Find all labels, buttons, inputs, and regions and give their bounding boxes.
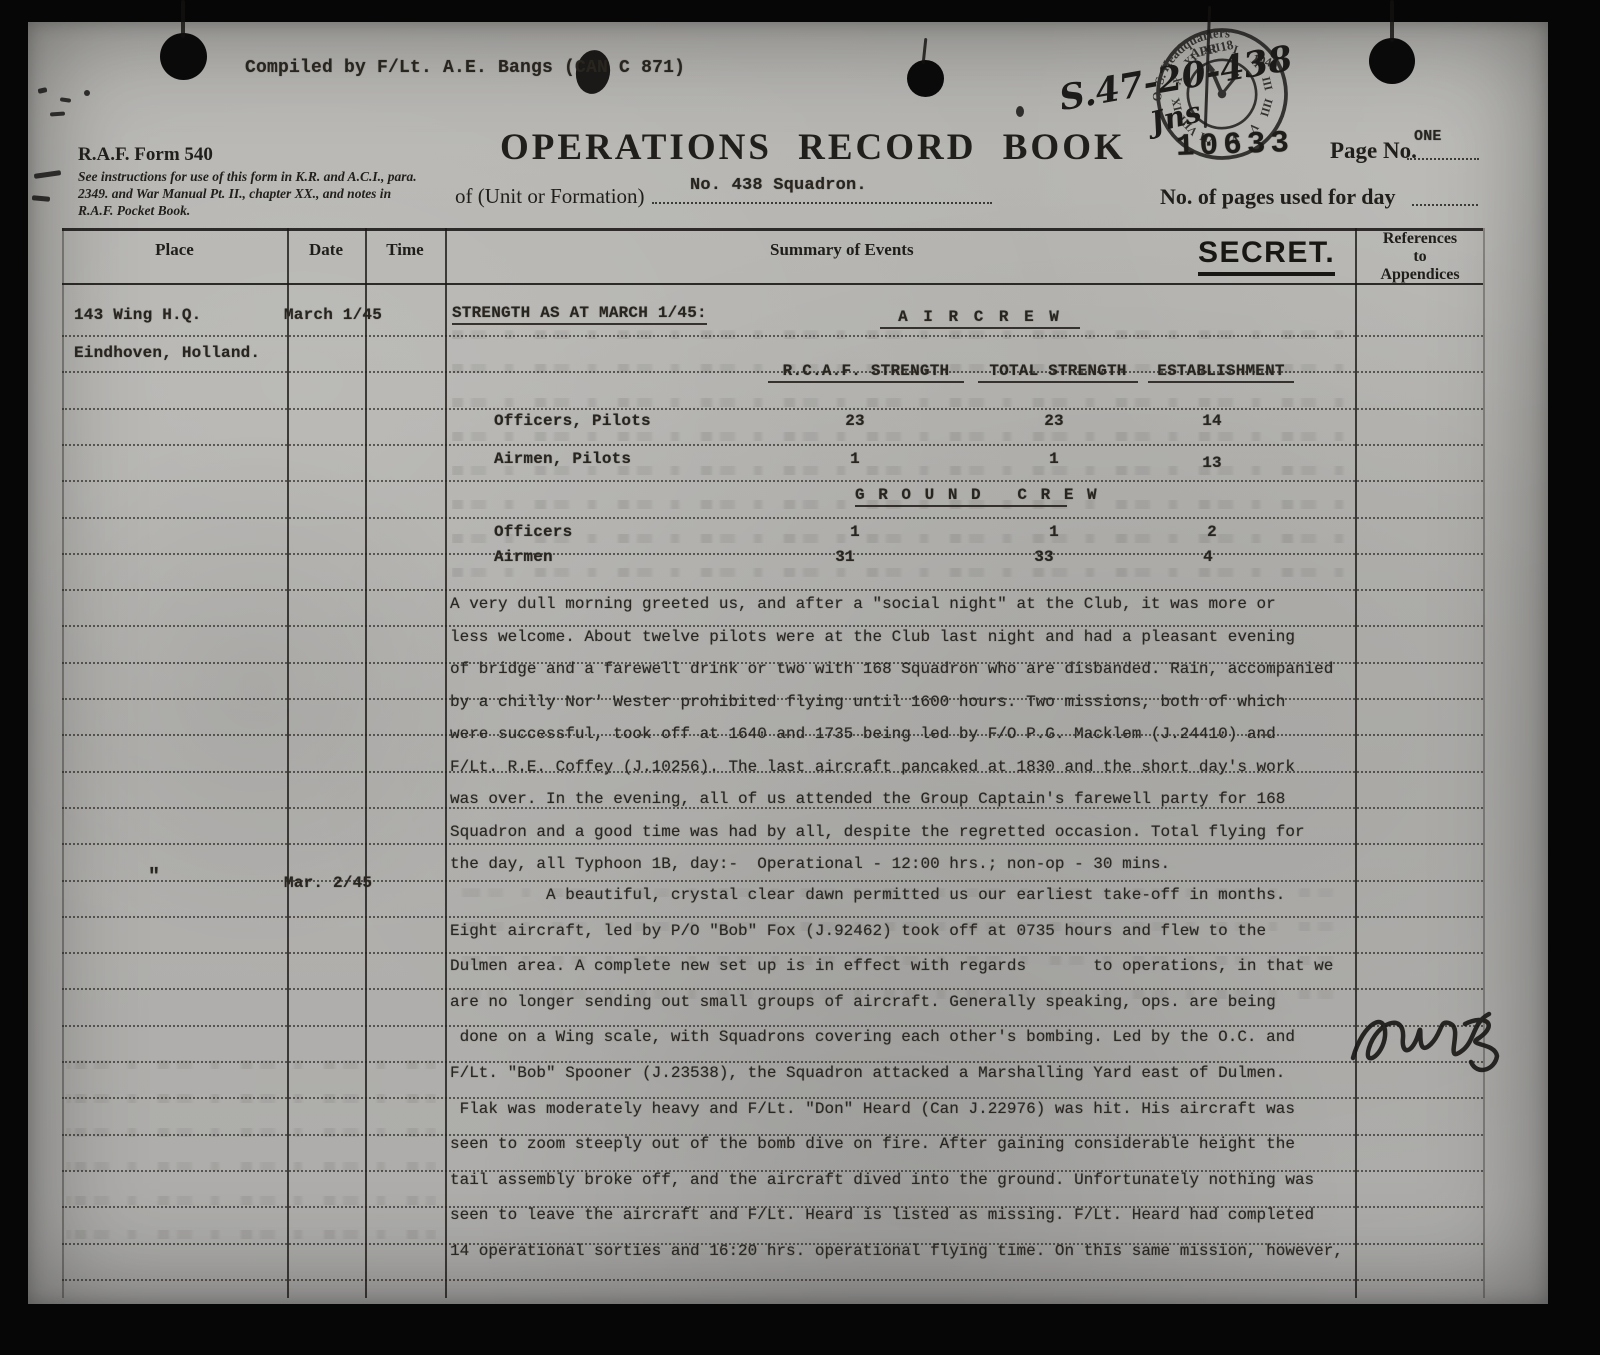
establishment-value: 13	[1170, 454, 1254, 472]
column-header-date: Date	[287, 240, 365, 260]
stamp-numeral: IX	[1169, 96, 1185, 112]
col-rcaf-strength: R.C.A.F. STRENGTH	[768, 362, 964, 383]
strength-column-headers: R.C.A.F. STRENGTH TOTAL STRENGTH ESTABLI…	[0, 362, 1600, 392]
punch-hole-string	[1390, 0, 1394, 42]
pages-used-label: No. of pages used for day	[1160, 184, 1396, 210]
punch-hole	[1369, 38, 1415, 84]
row-label: Airmen, Pilots	[494, 450, 631, 468]
table-header-bottom-border	[62, 283, 1483, 285]
page-no-label: Page No.	[1330, 138, 1417, 164]
total-value: 1	[1012, 450, 1096, 468]
entry1-narrative: A very dull morning greeted us, and afte…	[450, 588, 1333, 881]
ink-speck	[84, 90, 90, 96]
unit-value: No. 438 Squadron.	[690, 176, 867, 195]
form-instructions: See instructions for use of this form in…	[78, 168, 423, 219]
rcaf-value: 1	[813, 450, 897, 468]
punch-hole	[907, 60, 944, 97]
col-total-strength: TOTAL STRENGTH	[978, 362, 1138, 383]
column-header-references: References to Appendices	[1357, 230, 1483, 284]
strength-row-airmen-pilots: Airmen, Pilots 1 1 13	[0, 450, 1600, 480]
strength-heading-row: STRENGTH AS AT MARCH 1/45: A I R C R E W	[0, 304, 1600, 334]
pages-used-leader-line	[1412, 204, 1478, 206]
column-header-place: Place	[62, 240, 287, 260]
entry2-place-ditto: "	[148, 866, 160, 889]
punch-hole	[160, 33, 207, 80]
table-top-border	[62, 228, 1483, 231]
rcaf-value: 31	[803, 548, 887, 566]
rcaf-value: 1	[813, 523, 897, 541]
bleed-through-texture	[66, 1060, 436, 1250]
groundcrew-heading: G R O U N D C R E W	[855, 486, 1067, 507]
ink-speck	[1016, 106, 1024, 117]
rcaf-value: 23	[813, 412, 897, 430]
page-title: OPERATIONS RECORD BOOK	[500, 126, 1126, 169]
total-value: 23	[1012, 412, 1096, 430]
row-label: Officers	[494, 523, 572, 541]
compiled-by-line: Compiled by F/Lt. A.E. Bangs (CAN C 871)	[245, 58, 685, 78]
aircrew-heading: A I R C R E W	[880, 308, 1080, 329]
entry2-date: Mar. 2/45	[284, 874, 372, 892]
establishment-value: 14	[1170, 412, 1254, 430]
raf-form-label: R.A.F. Form 540	[78, 144, 213, 166]
ruled-line	[62, 444, 1483, 446]
entry2-narrative: A beautiful, crystal clear dawn permitte…	[450, 878, 1343, 1270]
strength-row-officers-pilots: Officers, Pilots 23 23 14	[0, 412, 1600, 442]
page-no-value: ONE	[1414, 128, 1442, 145]
establishment-value: 2	[1170, 523, 1254, 541]
establishment-value: 4	[1166, 548, 1250, 566]
secret-classification: SECRET.	[1198, 236, 1335, 276]
strength-heading: STRENGTH AS AT MARCH 1/45:	[452, 304, 707, 325]
entry1-place-line2: Eindhoven, Holland.	[74, 344, 260, 362]
page-no-leader-line	[1407, 158, 1479, 160]
scanned-document-page: Compiled by F/Lt. A.E. Bangs (CAN C 871)…	[0, 0, 1600, 1355]
col-establishment: ESTABLISHMENT	[1148, 362, 1294, 383]
punch-hole-string	[181, 0, 185, 38]
unit-label: of (Unit or Formation)	[455, 184, 645, 209]
row-label: Officers, Pilots	[494, 412, 651, 430]
total-value: 1	[1012, 523, 1096, 541]
ruled-line	[62, 517, 1483, 519]
stamp-numeral: III	[1259, 75, 1275, 92]
ruled-line	[62, 408, 1483, 410]
row-label: Airmen	[494, 548, 553, 566]
unit-leader-line	[652, 202, 992, 204]
groundcrew-heading-row: G R O U N D C R E W	[0, 486, 1600, 516]
ruled-line	[62, 480, 1483, 482]
strength-row-gc-airmen: Airmen 31 33 4	[0, 548, 1600, 578]
column-header-time: Time	[365, 240, 445, 260]
stamp-numeral: X	[1170, 74, 1185, 86]
ruled-line	[62, 1279, 1483, 1281]
ruled-line	[62, 335, 1483, 337]
stamp-numeral: IIII	[1257, 97, 1275, 119]
total-value: 33	[1002, 548, 1086, 566]
signature-scribble	[1345, 992, 1525, 1092]
stamp-serial-number: 10633	[1175, 126, 1294, 165]
column-header-summary: Summary of Events	[770, 240, 1040, 260]
